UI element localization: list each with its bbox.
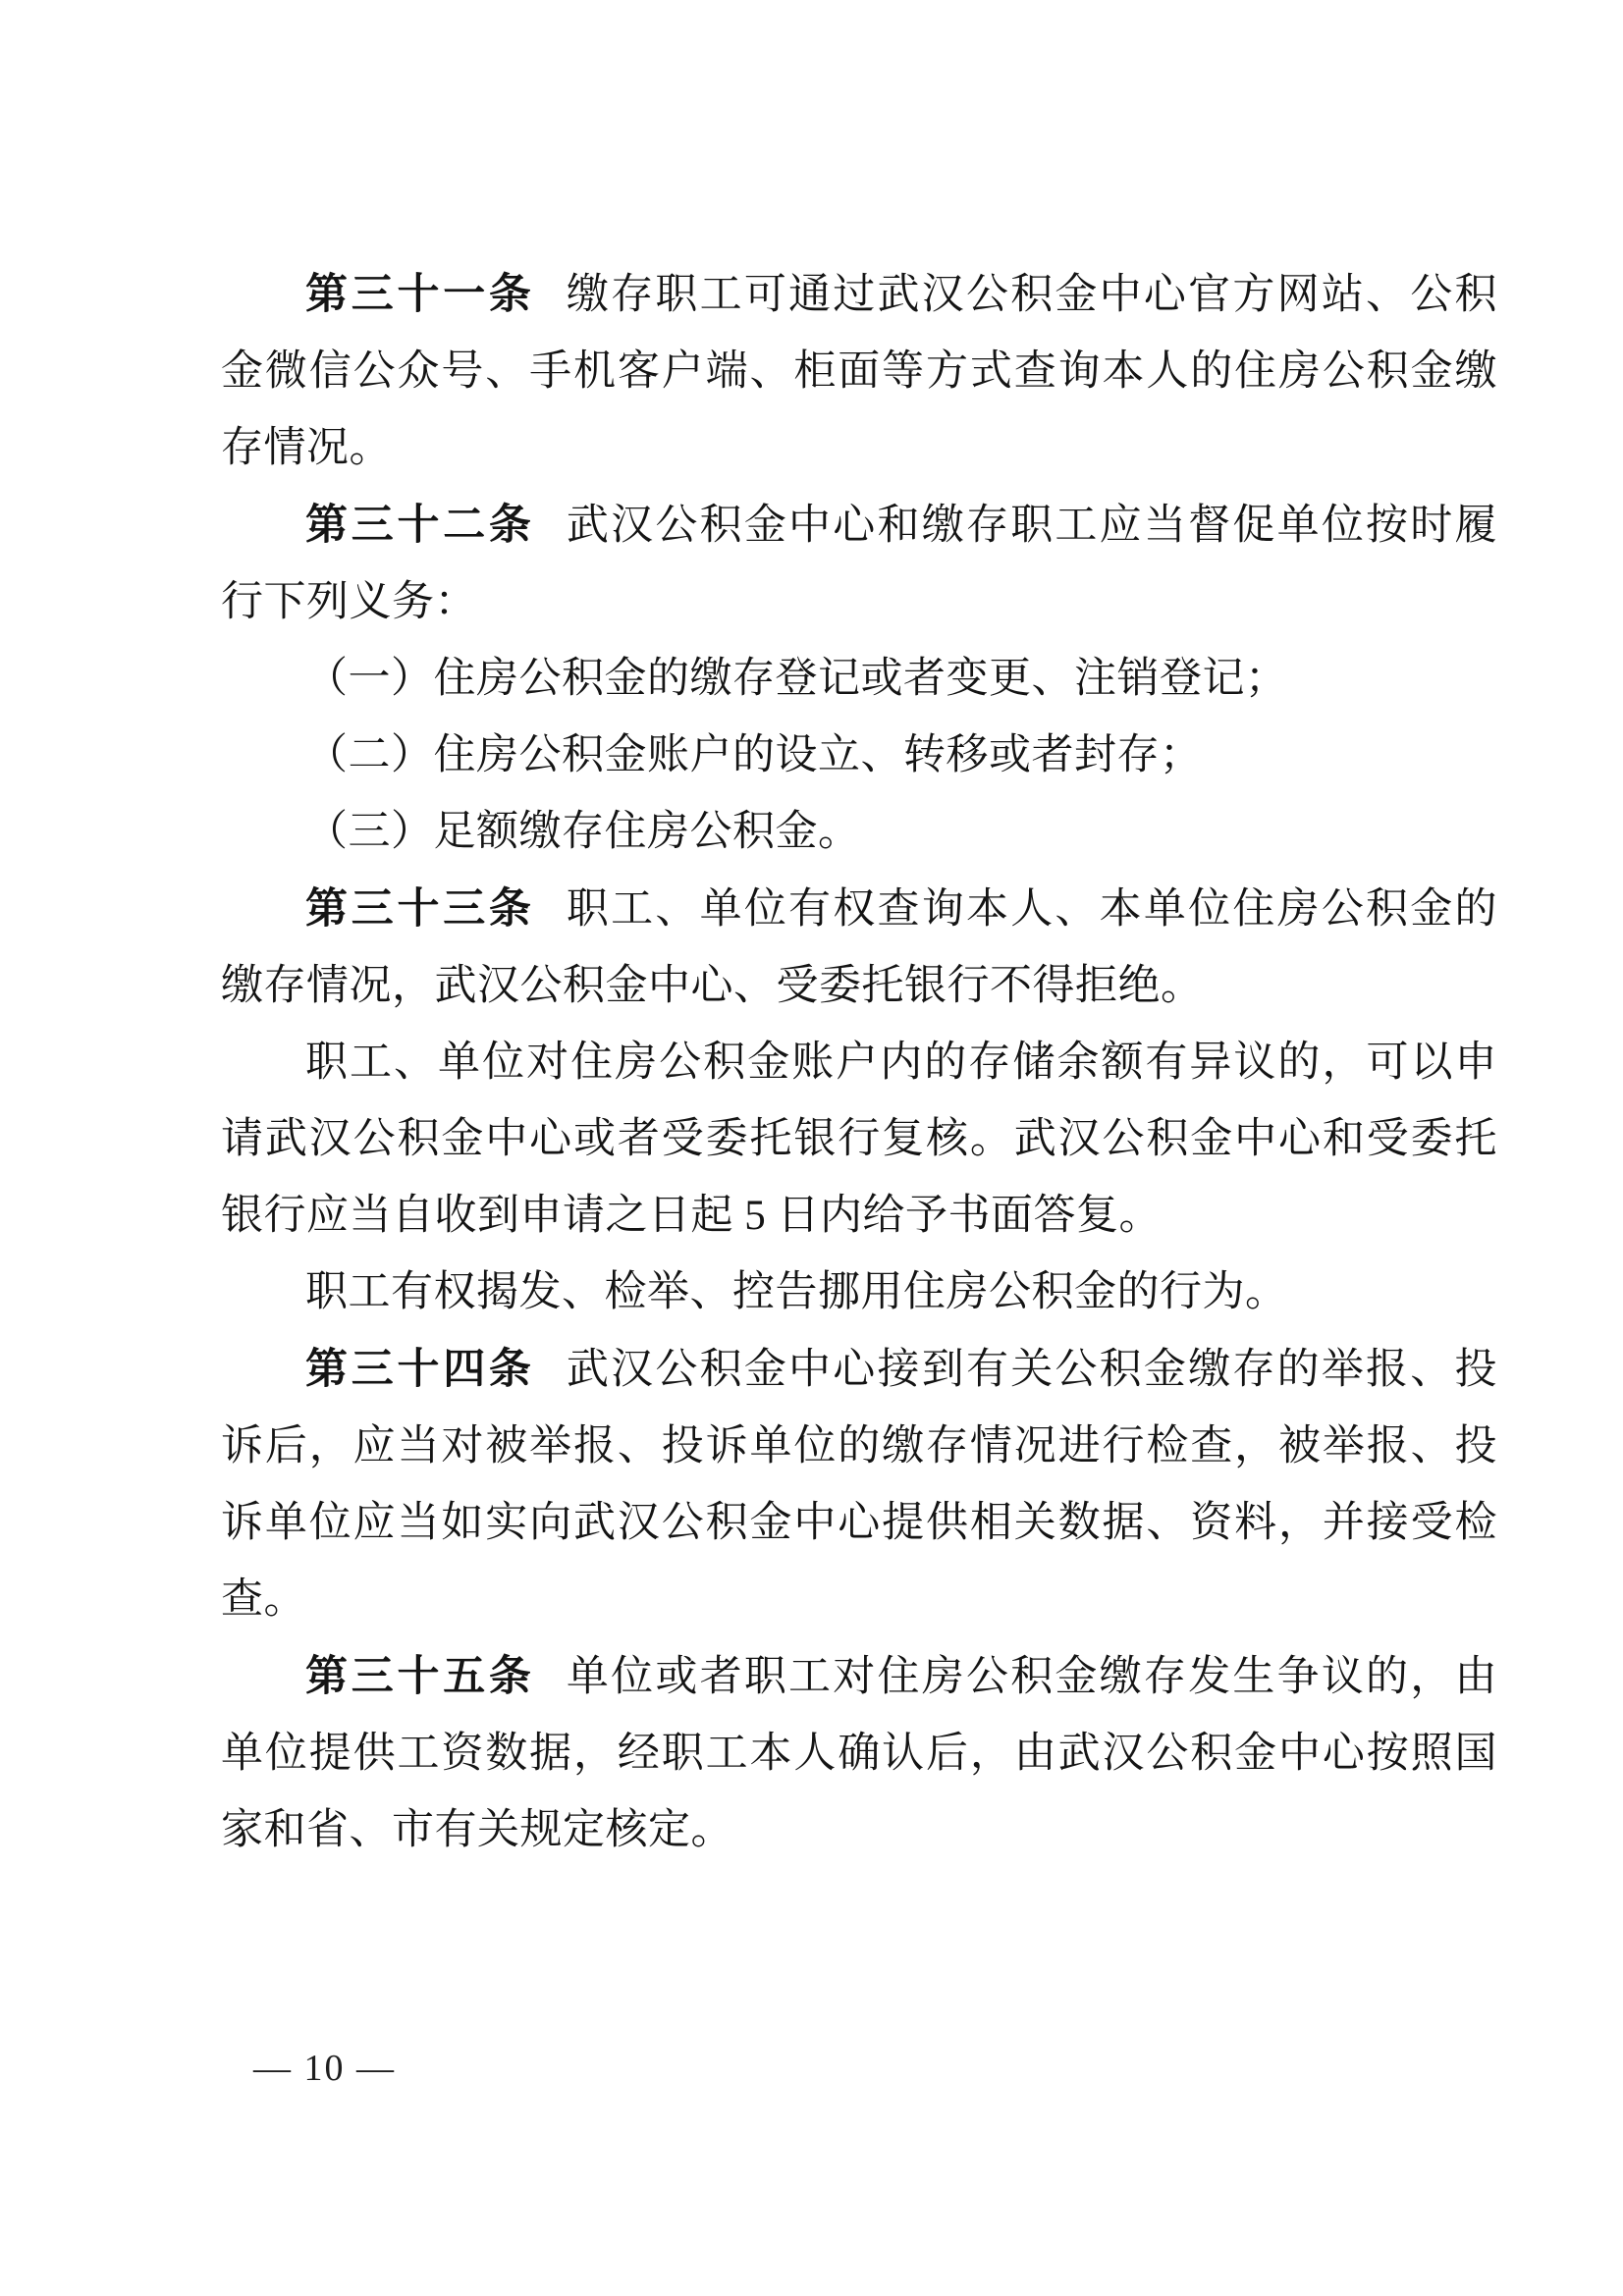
article-number-heading: 第三十五条 — [305, 1653, 535, 1700]
paragraph-item-2: （二）住房公积金账户的设立、转移或者封存； — [221, 718, 1497, 794]
page-number: — 10 — — [253, 2045, 396, 2092]
paragraph-article-31: 第三十一条缴存职工可通过武汉公积金中心官方网站、公积金微信公众号、手机客户端、柜… — [221, 256, 1497, 487]
article-number-heading: 第三十二条 — [305, 502, 535, 549]
document-page: 第三十一条缴存职工可通过武汉公积金中心官方网站、公积金微信公众号、手机客户端、柜… — [0, 0, 1623, 2296]
document-body: 第三十一条缴存职工可通过武汉公积金中心官方网站、公积金微信公众号、手机客户端、柜… — [221, 256, 1497, 1869]
paragraph-article-35: 第三十五条单位或者职工对住房公积金缴存发生争议的，由单位提供工资数据，经职工本人… — [221, 1638, 1497, 1869]
paragraph-text: （二）住房公积金账户的设立、转移或者封存； — [305, 732, 1203, 778]
paragraph-text: （一）住房公积金的缴存登记或者变更、注销登记； — [305, 656, 1288, 702]
paragraph-item-3: （三）足额缴存住房公积金。 — [221, 794, 1497, 871]
article-number-heading: 第三十一条 — [305, 271, 535, 318]
article-number-heading: 第三十四条 — [305, 1346, 535, 1393]
paragraph-text: （三）足额缴存住房公积金。 — [305, 809, 861, 855]
article-number-heading: 第三十三条 — [305, 885, 535, 933]
paragraph-text: 职工、单位对住房公积金账户内的存储余额有异议的，可以申请武汉公积金中心或者受委托… — [221, 1040, 1497, 1239]
paragraph-article-32: 第三十二条武汉公积金中心和缴存职工应当督促单位按时履行下列义务： — [221, 487, 1497, 641]
paragraph-item-1: （一）住房公积金的缴存登记或者变更、注销登记； — [221, 641, 1497, 718]
paragraph-text: 职工有权揭发、检举、控告挪用住房公积金的行为。 — [305, 1269, 1288, 1315]
paragraph-article-33-clause-2: 职工、单位对住房公积金账户内的存储余额有异议的，可以申请武汉公积金中心或者受委托… — [221, 1025, 1497, 1255]
paragraph-article-33: 第三十三条职工、单位有权查询本人、本单位住房公积金的缴存情况，武汉公积金中心、受… — [221, 871, 1497, 1025]
paragraph-article-34: 第三十四条武汉公积金中心接到有关公积金缴存的举报、投诉后，应当对被举报、投诉单位… — [221, 1331, 1497, 1638]
paragraph-article-33-clause-3: 职工有权揭发、检举、控告挪用住房公积金的行为。 — [221, 1255, 1497, 1331]
